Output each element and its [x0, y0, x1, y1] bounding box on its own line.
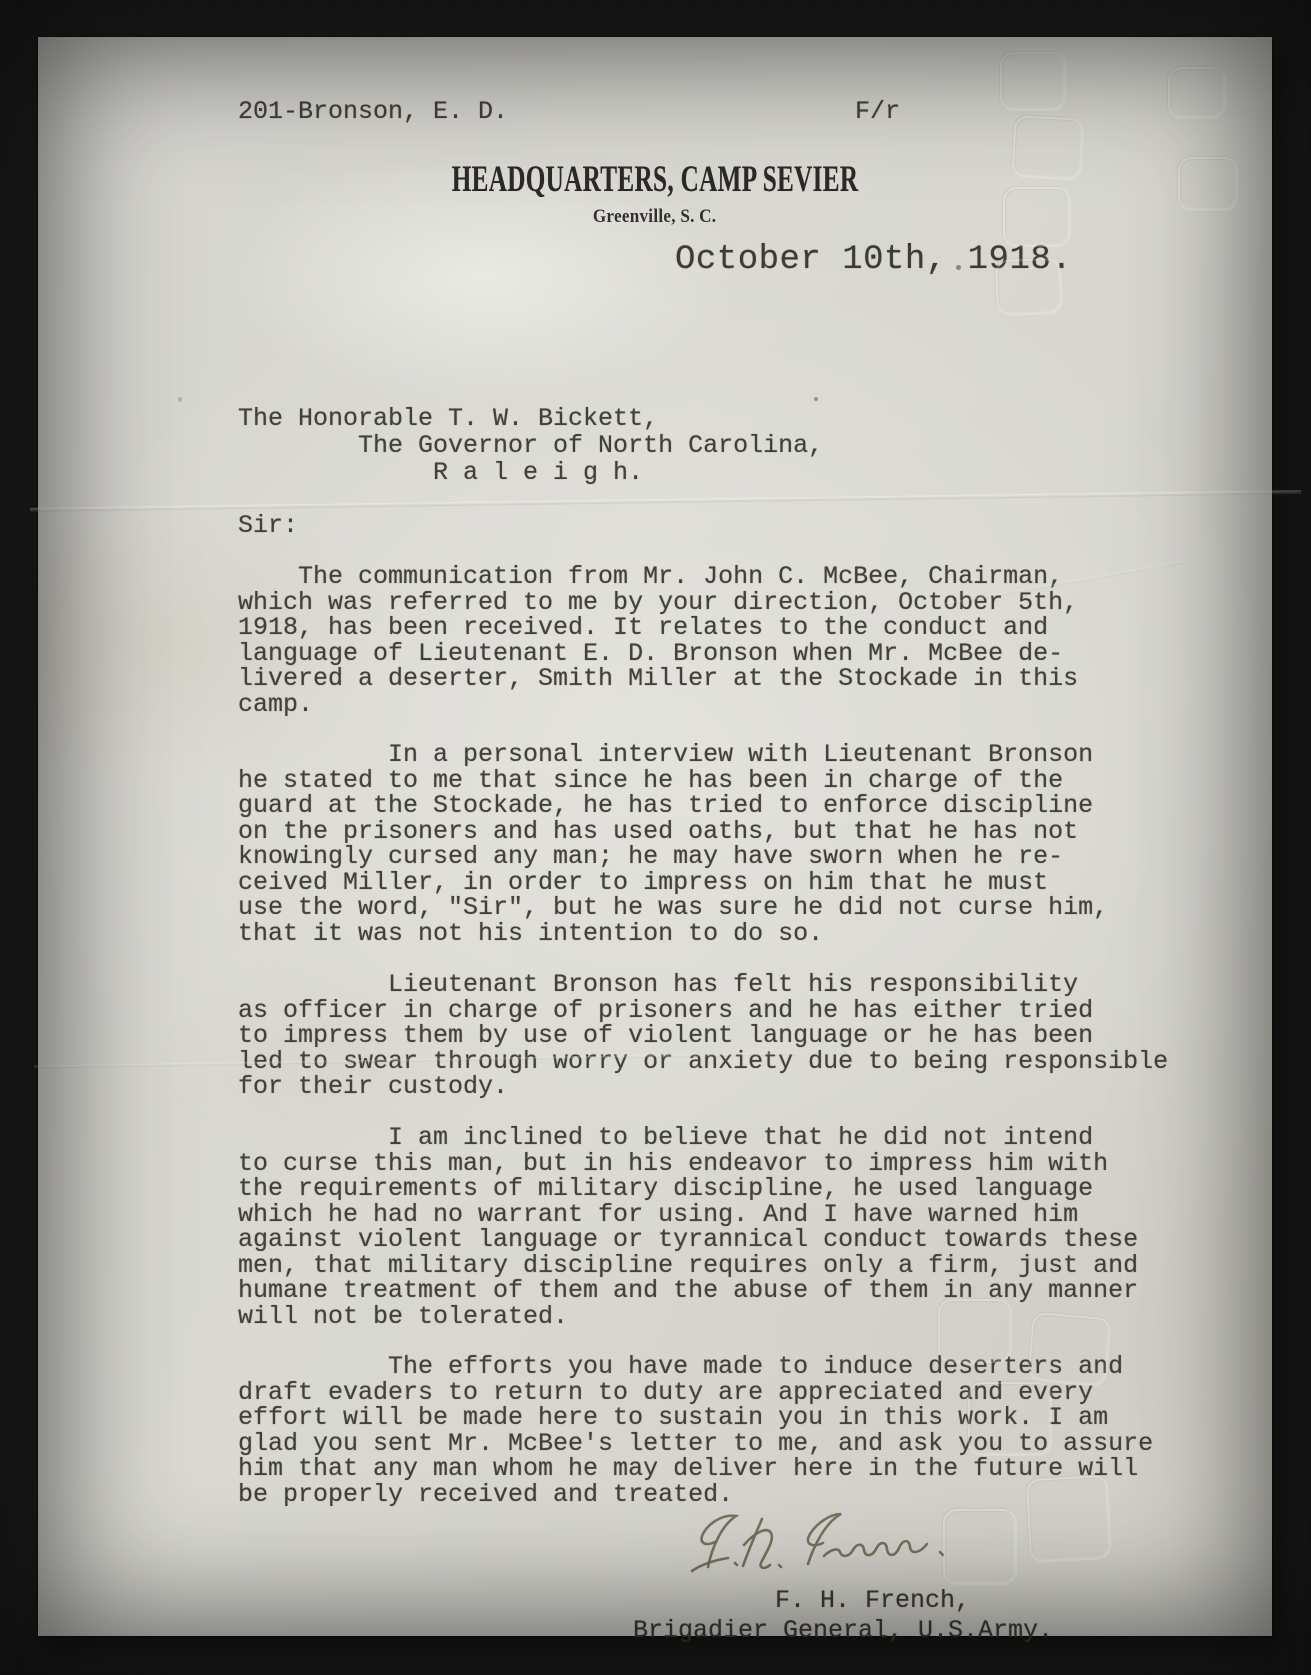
body-paragraph-4: I am inclined to believe that he did not… [238, 1125, 1138, 1329]
letterhead: HEADQUARTERS, CAMP SEVIER [38, 161, 1272, 199]
letterhead-title: HEADQUARTERS, CAMP SEVIER [452, 161, 859, 199]
body-paragraph-5: The efforts you have made to induce dese… [238, 1354, 1153, 1507]
recipient-address: The Honorable T. W. Bickett, The Governo… [238, 405, 823, 486]
letterhead-location-row: Greenville, S. C. [38, 207, 1272, 227]
signature-typed-title: Brigadier General, U.S.Army. [633, 1618, 1053, 1644]
date-line: October 10th, 1918. [675, 243, 1072, 277]
salutation: Sir: [238, 513, 298, 539]
scanned-letter-page: 201-Bronson, E. D. F/r HEADQUARTERS, CAM… [0, 0, 1311, 1675]
embossed-watermark [1168, 67, 1226, 119]
handwritten-signature [678, 1505, 968, 1595]
file-reference: 201-Bronson, E. D. [238, 98, 508, 125]
body-paragraph-2: In a personal interview with Lieutenant … [238, 742, 1108, 946]
typist-initials: F/r [855, 98, 900, 125]
embossed-watermark [1000, 52, 1066, 111]
signature-typed-name: F. H. French, [775, 1588, 970, 1614]
letterhead-location: Greenville, S. C. [593, 207, 716, 227]
body-paragraph-3: Lieutenant Bronson has felt his responsi… [238, 972, 1168, 1100]
rust-speck [814, 397, 818, 401]
fold-crease-upper [30, 490, 1301, 512]
signature-strokes [678, 1505, 968, 1590]
letter-paper: 201-Bronson, E. D. F/r HEADQUARTERS, CAM… [38, 37, 1272, 1636]
paper-speck [178, 397, 182, 402]
body-paragraph-1: The communication from Mr. John C. McBee… [238, 564, 1078, 717]
